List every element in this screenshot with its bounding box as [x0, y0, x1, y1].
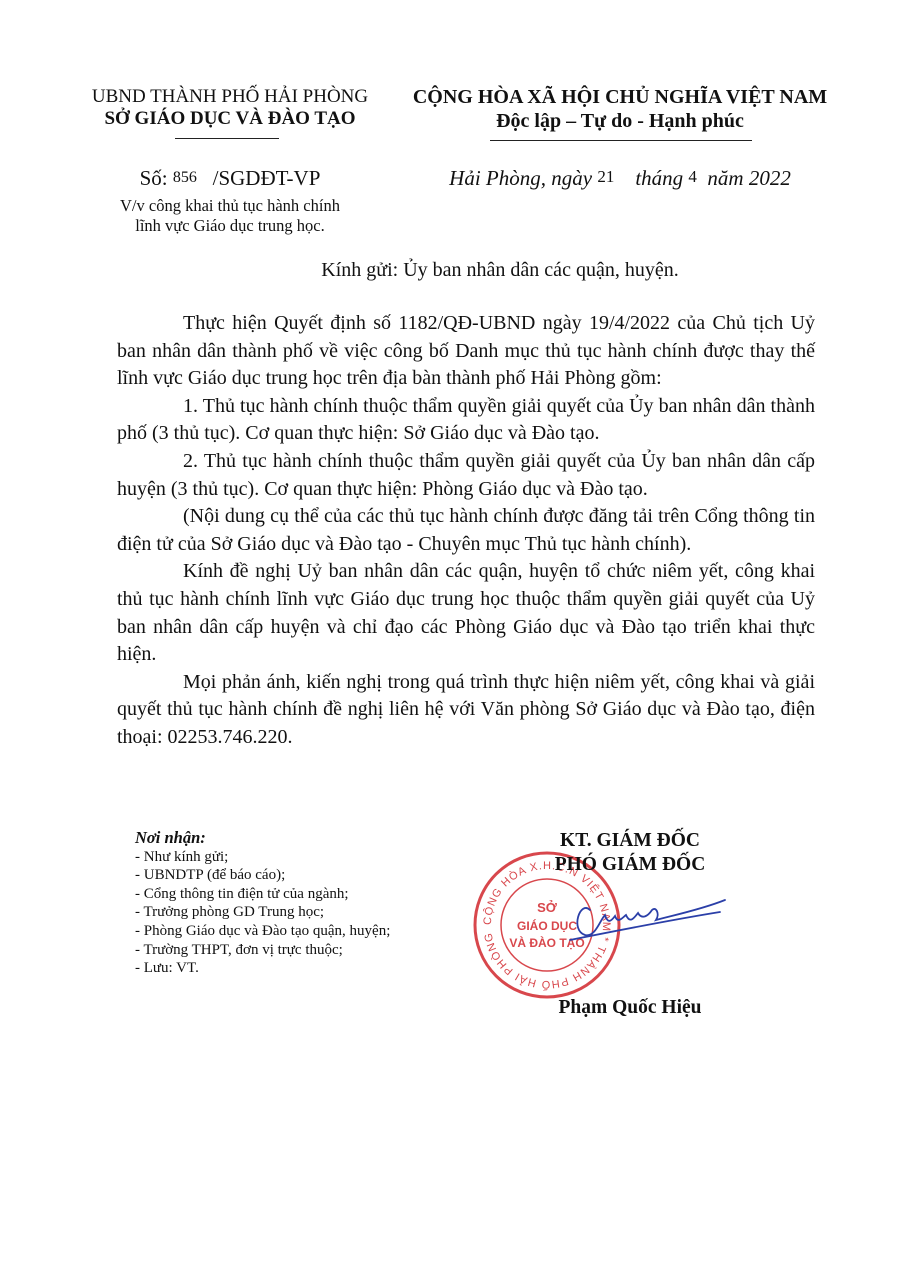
recipient-item: - UBNDTP (để báo cáo); [135, 866, 455, 885]
recipient-item: - Phòng Giáo dục và Đào tạo quận, huyện; [135, 922, 455, 941]
date-month-label: tháng [635, 166, 683, 190]
divider [175, 138, 279, 139]
body-paragraph: Kính đề nghị Uỷ ban nhân dân các quận, h… [117, 558, 815, 668]
department-name: SỞ GIÁO DỤC VÀ ĐÀO TẠO [70, 108, 390, 130]
recipient-item: - Trưởng phòng GD Trung học; [135, 903, 455, 922]
body-paragraph: Thực hiện Quyết định số 1182/QĐ-UBND ngà… [117, 310, 815, 393]
number-suffix: /SGDĐT-VP [213, 166, 321, 190]
date-month: 4 [688, 167, 697, 186]
document-number: Số: 856 /SGDĐT-VP [70, 166, 390, 191]
subject: V/v công khai thủ tục hành chính lĩnh vự… [70, 196, 390, 236]
signer-name: Phạm Quốc Hiệu [500, 997, 760, 1019]
date-year: năm 2022 [707, 166, 790, 190]
body-paragraph: (Nội dung cụ thể của các thủ tục hành ch… [117, 503, 815, 558]
addressee: Kính gửi: Ủy ban nhân dân các quận, huyệ… [170, 259, 830, 282]
agency-name: UBND THÀNH PHỐ HẢI PHÒNG [70, 86, 390, 108]
number-value: 856 [173, 169, 197, 186]
body-paragraph: 2. Thủ tục hành chính thuộc thẩm quyền g… [117, 448, 815, 503]
subject-line: V/v công khai thủ tục hành chính [70, 196, 390, 216]
signature-line: KT. GIÁM ĐỐC [500, 829, 760, 853]
date-place: Hải Phòng, ngày [449, 166, 592, 190]
recipient-item: - Trường THPT, đơn vị trực thuộc; [135, 941, 455, 960]
signature-line: PHÓ GIÁM ĐỐC [500, 853, 760, 877]
date-day: 21 [597, 167, 614, 186]
subject-line: lĩnh vực Giáo dục trung học. [70, 216, 390, 236]
body-paragraph: Mọi phản ánh, kiến nghị trong quá trình … [117, 669, 815, 752]
recipient-item: - Như kính gửi; [135, 848, 455, 867]
handwritten-signature-icon [560, 880, 730, 950]
issuing-agency-block: UBND THÀNH PHỐ HẢI PHÒNG SỞ GIÁO DỤC VÀ … [70, 86, 390, 130]
recipient-item: - Cổng thông tin điện tử của ngành; [135, 885, 455, 904]
recipients-title: Nơi nhận: [135, 829, 455, 848]
recipient-item: - Lưu: VT. [135, 959, 455, 978]
letter-body: Thực hiện Quyết định số 1182/QĐ-UBND ngà… [117, 310, 815, 752]
nation-name: CỘNG HÒA XÃ HỘI CHỦ NGHĨA VIỆT NAM [400, 86, 840, 108]
svg-text:SỞ: SỞ [537, 900, 558, 915]
signature-title: KT. GIÁM ĐỐC PHÓ GIÁM ĐỐC [500, 829, 760, 877]
number-prefix: Số: [140, 166, 168, 190]
national-motto: Độc lập – Tự do - Hạnh phúc [400, 108, 840, 134]
divider [490, 140, 752, 141]
document-date: Hải Phòng, ngày 21 tháng 4 năm 2022 [400, 166, 840, 191]
recipients-list: Nơi nhận: - Như kính gửi; - UBNDTP (để b… [135, 829, 455, 978]
body-paragraph: 1. Thủ tục hành chính thuộc thẩm quyền g… [117, 393, 815, 448]
national-header: CỘNG HÒA XÃ HỘI CHỦ NGHĨA VIỆT NAM Độc l… [400, 86, 840, 134]
